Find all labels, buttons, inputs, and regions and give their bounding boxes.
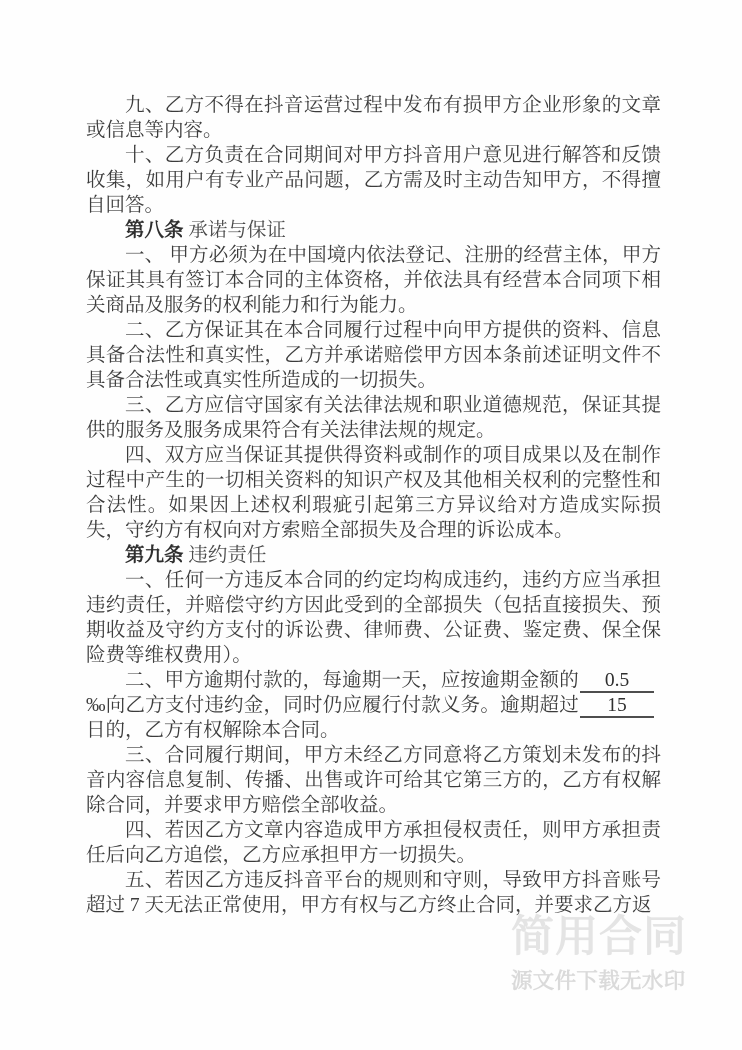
contract-clause: 三、乙方应信守国家有关法律法规和职业道德规范，保证其提供的服务及服务成果符合有关…	[86, 393, 661, 443]
section-heading: 第八条 承诺与保证	[86, 218, 661, 243]
fill-in-blank-value: 0.5	[580, 670, 654, 693]
watermark-logo-text: 简用合同	[511, 916, 687, 959]
contract-clause: 二、乙方保证其在本合同履行过程中向甲方提供的资料、信息具备合法性和真实性，乙方并…	[86, 318, 661, 393]
section-title: 承诺与保证	[188, 220, 286, 241]
contract-clause: 九、乙方不得在抖音运营过程中发布有损甲方企业形象的文章或信息等内容。	[86, 93, 661, 143]
fill-in-blank-value: 15	[580, 695, 654, 718]
contract-clause: 四、若因乙方文章内容造成甲方承担侵权责任，则甲方承担责任后向乙方追偿，乙方应承担…	[86, 818, 661, 868]
section-heading: 第九条 违约责任	[86, 543, 661, 568]
watermark-tagline: 源文件下载无水印	[511, 971, 687, 993]
contract-document-page: 九、乙方不得在抖音运营过程中发布有损甲方企业形象的文章或信息等内容。十、乙方负责…	[86, 93, 661, 918]
contract-clause: 三、合同履行期间，甲方未经乙方同意将乙方策划未发布的抖音内容信息复制、传播、出售…	[86, 743, 661, 818]
contract-clause: 二、甲方逾期付款的，每逾期一天，应按逾期金额的0.5‰向乙方支付违约金，同时仍应…	[86, 668, 661, 743]
contract-clause: 十、乙方负责在合同期间对甲方抖音用户意见进行解答和反馈收集，如用户有专业产品问题…	[86, 143, 661, 218]
contract-clause: 一、 甲方必须为在中国境内依法登记、注册的经营主体，甲方保证其具有签订本合同的主…	[86, 243, 661, 318]
section-number: 第八条	[125, 220, 184, 241]
section-title: 违约责任	[188, 545, 266, 566]
contract-clause: 一、任何一方违反本合同的约定均构成违约，违约方应当承担违约责任，并赔偿守约方因此…	[86, 568, 661, 668]
contract-clause: 五、若因乙方违反抖音平台的规则和守则，导致甲方抖音账号超过 7 天无法正常使用，…	[86, 868, 661, 918]
section-number: 第九条	[125, 545, 184, 566]
contract-clause: 四、双方应当保证其提供得资料或制作的项目成果以及在制作过程中产生的一切相关资料的…	[86, 443, 661, 543]
watermark: 简用合同 源文件下载无水印	[511, 916, 687, 993]
contract-body: 九、乙方不得在抖音运营过程中发布有损甲方企业形象的文章或信息等内容。十、乙方负责…	[86, 93, 661, 918]
